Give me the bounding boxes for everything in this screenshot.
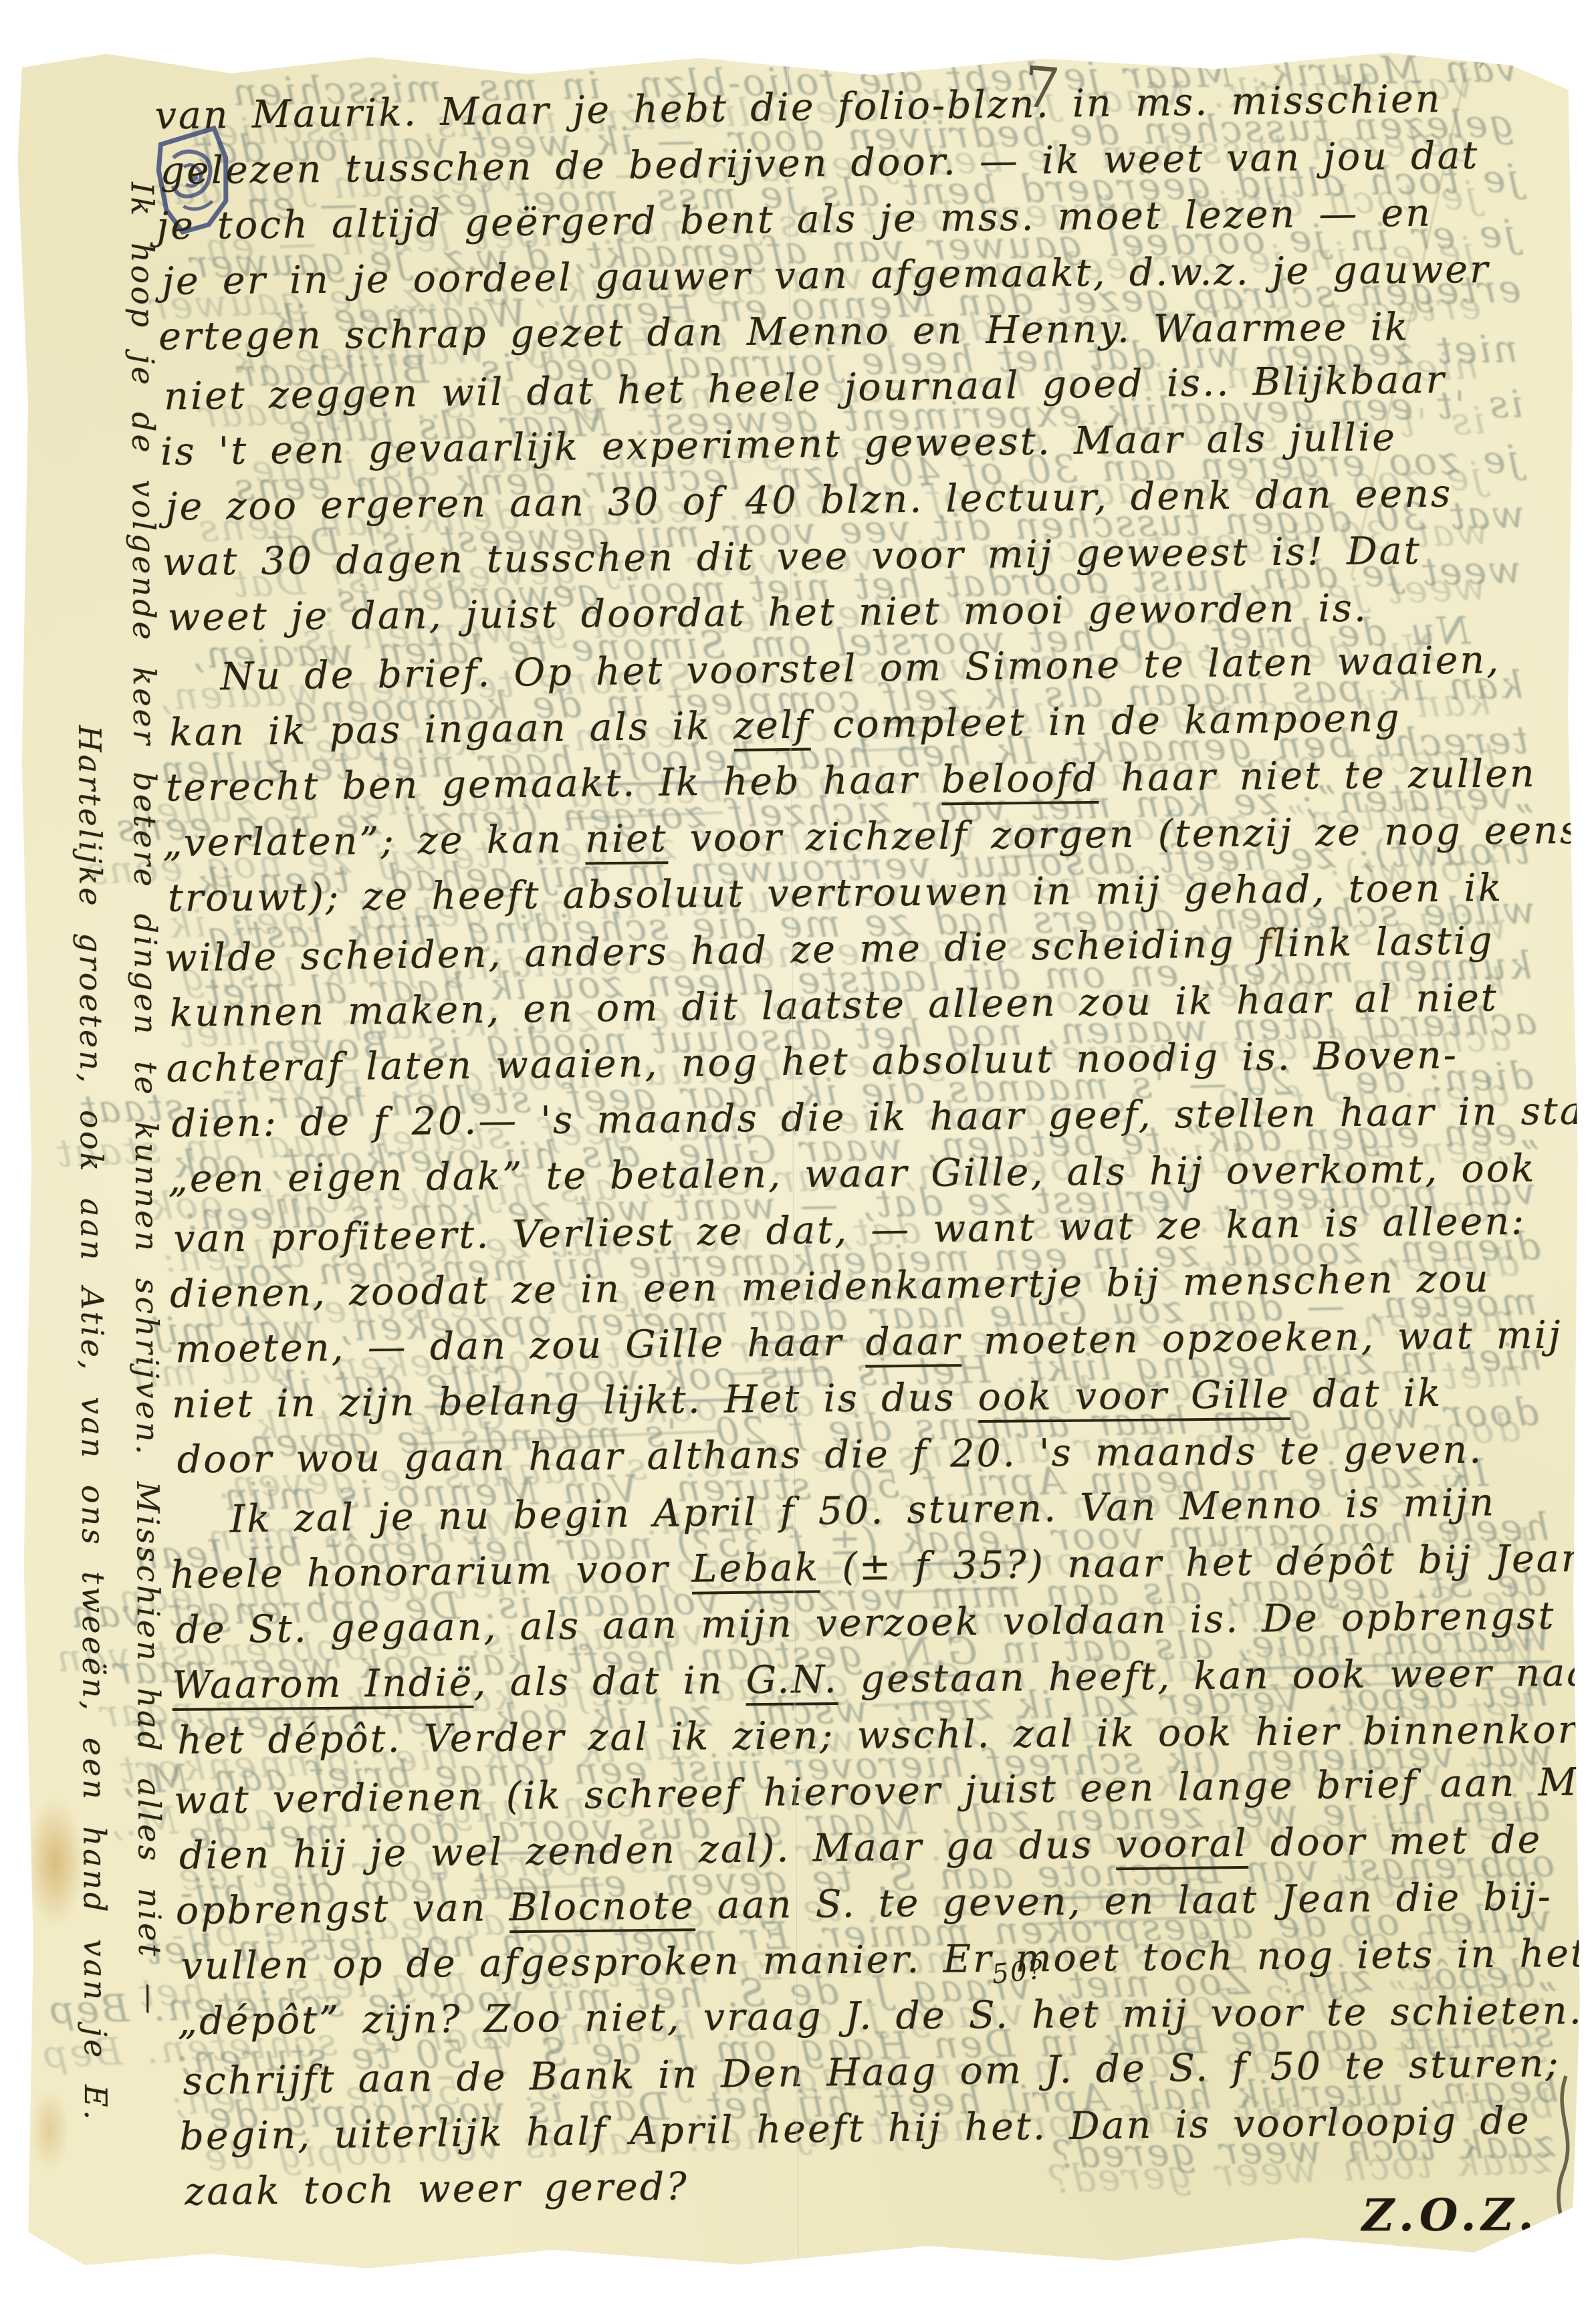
interline-insertion: 50? <box>990 1954 1046 1990</box>
margin-note-greeting: Hartelijke groeten, ook aan Atie, van on… <box>69 725 116 2122</box>
letter-page: van Maurik. Maar je hebt die folio-blzn.… <box>13 41 1585 2277</box>
letter-body: van Maurik. Maar je hebt die folio-blzn.… <box>158 72 1575 2220</box>
ink-flourish <box>1547 2073 1584 2281</box>
margin-note-postscript: Ik hoop je de volgende keer betere dinge… <box>122 182 171 2016</box>
turn-over-mark: Z.O.Z. <box>1362 2188 1539 2241</box>
scanned-letter: van Maurik. Maar je hebt die folio-blzn.… <box>0 0 1596 2308</box>
paper-stain <box>23 2073 77 2187</box>
